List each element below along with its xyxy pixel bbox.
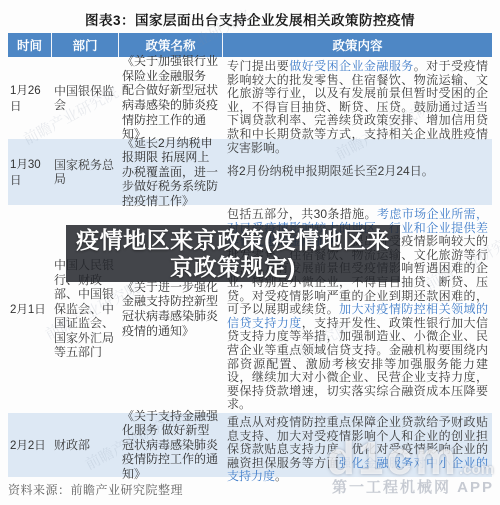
cell-department: 国家税务总局: [51, 139, 118, 205]
cell-department: 财政部: [51, 413, 118, 477]
figure-title: 图表3：国家层面出台支持企业发展相关政策防控疫情: [0, 9, 500, 29]
cell-time: 1月30日: [8, 139, 51, 205]
table-row: 1月30日 国家税务总局 《延长2月纳税申报期限 拓展网上办税覆盖面，进一步做好…: [8, 139, 492, 205]
cell-time: 2月2日: [8, 413, 51, 477]
text-segment: 包括五部分，共30条措施。: [227, 207, 377, 221]
brand-site-name: 第一工程机械网 APP: [327, 476, 494, 497]
cell-policy-content: 将2月份纳税申报期限延长至2月24日。: [222, 139, 492, 205]
infographic-page: 图表3：国家层面出台支持企业发展相关政策防控疫情 时间 部门 政策名称 政策内容…: [0, 0, 500, 505]
caption-overlay-text: 疫情地区来京政策(疫情地区来京政策规定): [66, 227, 400, 281]
cell-policy-name: 《延长2月纳税申报期限 拓展网上办税覆盖面，进一步做好税务系统防控疫情工作》: [118, 139, 222, 205]
cell-policy-name: 《关于支持金融强化服务 做好新型冠状病毒感染肺炎疫情防控工作的通知》: [118, 413, 222, 477]
text-segment: 专门提出要: [227, 59, 289, 73]
text-segment: ，支持开发性、政策性银行加大信贷支持力度等举措，加强制造业、小微企业、民营企业等…: [227, 316, 488, 412]
header-time: 时间: [8, 33, 51, 57]
cell-policy-name: 《关于加强银行业保险业金融服务 配合做好新型冠状病毒感染的肺炎疫情防控工作的通知…: [118, 57, 222, 139]
caption-overlay: 疫情地区来京政策(疫情地区来京政策规定): [66, 225, 400, 282]
cell-policy-content: 专门提出要做好受困企业金融服务。对于受疫情影响较大的批发零售、住宿餐饮、物流运输…: [222, 57, 492, 139]
header-policy-content: 政策内容: [222, 33, 492, 57]
cell-policy-content: 重点从对疫情防控重点保障企业贷款给予财政贴息支持、加大对受疫情影响个人和企业的创…: [222, 413, 492, 477]
cell-time: 1月26日: [8, 57, 51, 139]
table-row: 1月26日 中国银保监会 《关于加强银行业保险业金融服务 配合做好新型冠状病毒感…: [8, 57, 492, 139]
source-note: 资料来源：前瞻产业研究院整理: [8, 481, 183, 498]
text-segment: 。: [275, 469, 287, 483]
header-department: 部门: [51, 33, 118, 57]
table-row: 2月2日 财政部 《关于支持金融强化服务 做好新型冠状病毒感染肺炎疫情防控工作的…: [8, 413, 492, 477]
highlight-segment: 做好受困企业金融服务: [289, 59, 413, 73]
table-header-row: 时间 部门 政策名称 政策内容: [8, 33, 492, 57]
cell-department: 中国银保监会: [51, 57, 118, 139]
cell-time: 2月1日: [8, 205, 51, 413]
text-segment: 将2月份纳税申报期限延长至2月24日。: [227, 165, 434, 179]
